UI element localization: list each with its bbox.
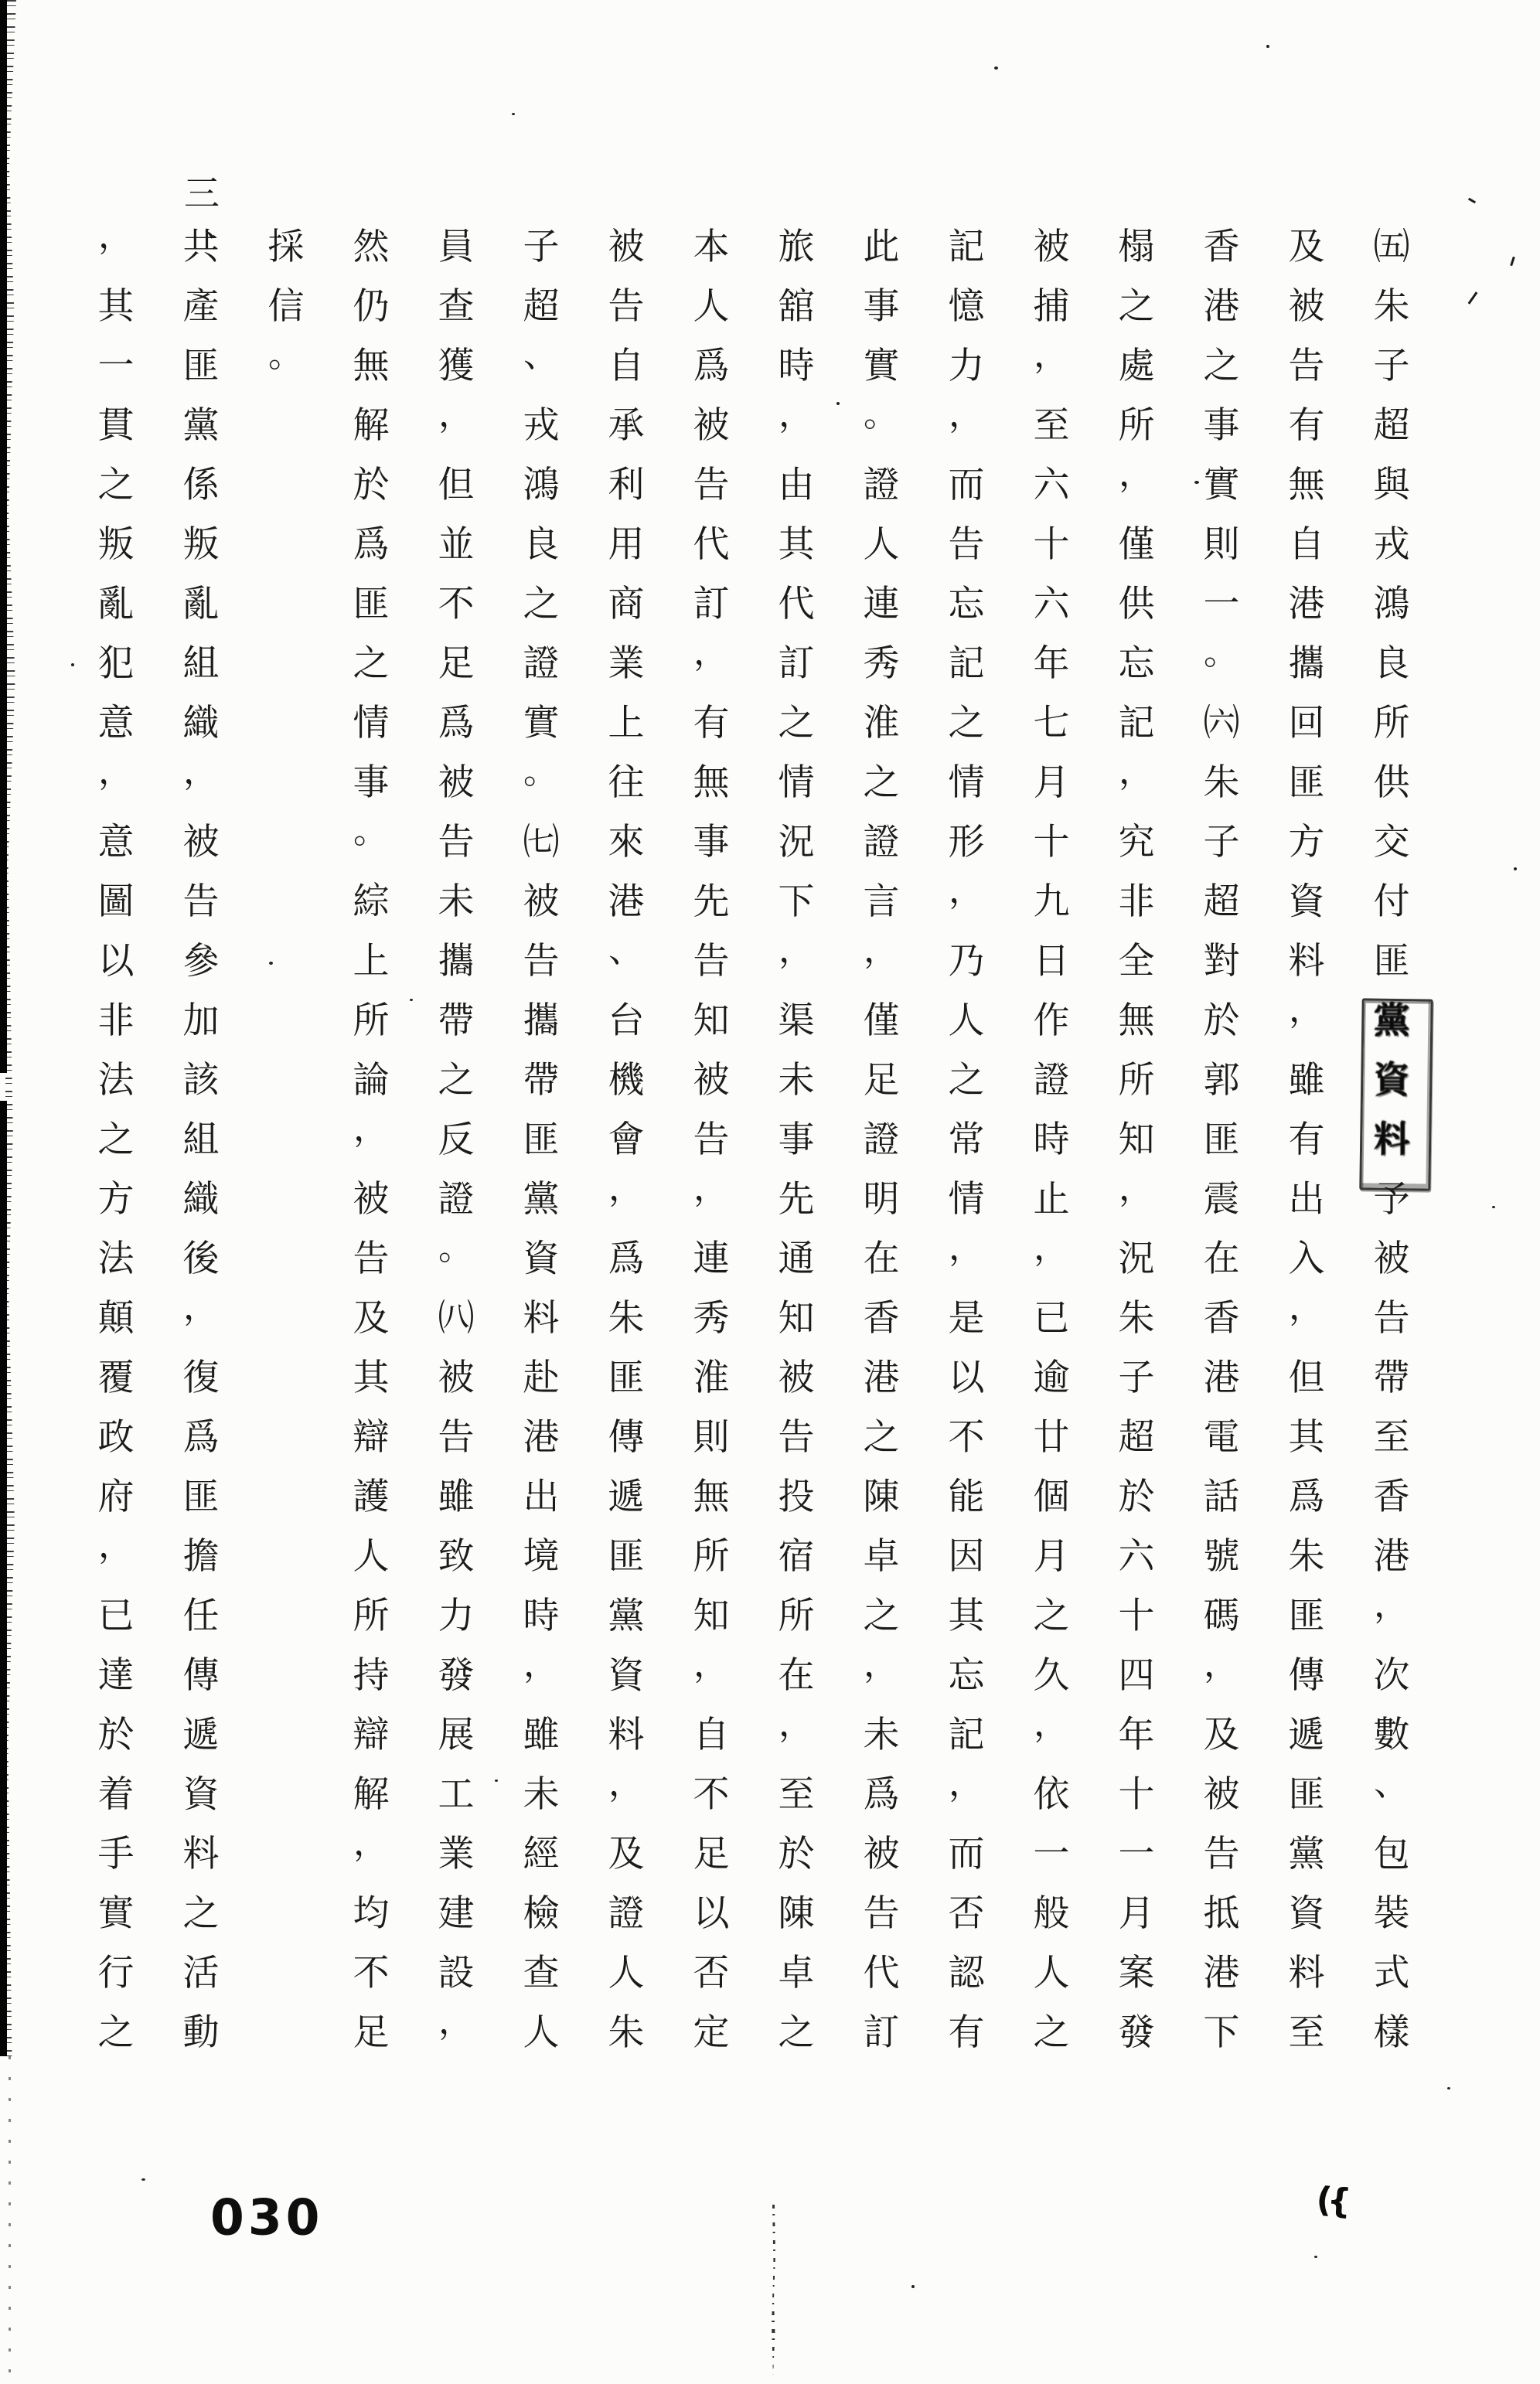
char-cell: 話 <box>1198 1468 1245 1527</box>
char-cell: 有 <box>942 2004 990 2063</box>
char-cell: 反 <box>432 1111 480 1170</box>
char-cell: 仍 <box>347 278 395 337</box>
char-cell: 、 <box>602 932 650 992</box>
char-cell: 之 <box>92 2004 140 2063</box>
char-cell: 法 <box>92 1230 140 1289</box>
char-cell: 料 <box>1368 1111 1416 1170</box>
char-cell: 在 <box>1198 1230 1245 1289</box>
char-cell: 行 <box>92 1944 140 2004</box>
char-cell: 碼 <box>1198 1587 1245 1647</box>
char-cell: 知 <box>1112 1111 1160 1170</box>
char-cell: 港 <box>857 1349 905 1408</box>
char-cell: ， <box>1283 1289 1330 1349</box>
char-cell: 全 <box>1112 932 1160 992</box>
char-cell: 人 <box>1027 1944 1075 2004</box>
char-cell: 而 <box>942 456 990 516</box>
section-number: 三 <box>178 176 226 212</box>
char-cell: 供 <box>1368 754 1416 813</box>
char-cell: 業 <box>602 635 650 694</box>
char-cell: 出 <box>517 1468 565 1527</box>
char-cell: 一 <box>1027 1825 1075 1885</box>
char-cell: 超 <box>1368 397 1416 456</box>
column-9: 本人爲被告代訂，有無事先告知被告，連秀淮則無所知，自不足以否定 <box>687 218 735 2063</box>
char-cell: 言 <box>857 873 905 932</box>
char-cell: 付 <box>1368 873 1416 932</box>
column-2: 及被告有無自港攜回匪方資料，雖有出入，但其爲朱匪傳遞匪黨資料至 <box>1283 218 1330 2063</box>
char-cell: 數 <box>1368 1706 1416 1766</box>
char-cell: 其 <box>1283 1408 1330 1468</box>
char-cell: 於 <box>1112 1468 1160 1527</box>
char-cell: 代 <box>687 516 735 575</box>
char-cell: 與 <box>1368 456 1416 516</box>
char-cell: 告 <box>432 813 480 873</box>
char-cell: 於 <box>347 456 395 516</box>
char-cell: 來 <box>602 813 650 873</box>
char-cell: 有 <box>1283 1111 1330 1170</box>
column-16: ，其一貫之叛亂犯意，意圖以非法之方法顛覆政府，已達於着手實行之 <box>92 218 140 2063</box>
char-cell: 爲 <box>177 1408 225 1468</box>
char-cell: 被 <box>687 397 735 456</box>
char-cell: ， <box>687 635 735 694</box>
char-cell: 帶 <box>1368 1349 1416 1408</box>
char-cell: 圖 <box>92 873 140 932</box>
char-cell: 足 <box>347 2004 395 2063</box>
char-cell: 檢 <box>517 1885 565 1944</box>
char-cell: 由 <box>772 456 820 516</box>
char-cell: 資 <box>177 1766 225 1825</box>
char-cell: 十 <box>1112 1587 1160 1647</box>
char-cell: 。 <box>517 754 565 813</box>
char-cell: 非 <box>92 992 140 1051</box>
char-cell: ， <box>347 1111 395 1170</box>
char-cell: 自 <box>687 1706 735 1766</box>
char-cell: 告 <box>1198 1825 1245 1885</box>
char-cell: ， <box>177 1289 225 1349</box>
char-cell: 告 <box>1283 337 1330 397</box>
char-cell: 商 <box>602 575 650 635</box>
char-cell: 往 <box>602 754 650 813</box>
char-cell: 對 <box>1198 932 1245 992</box>
char-cell: 子 <box>517 218 565 278</box>
char-cell: 因 <box>942 1527 990 1587</box>
char-cell: 下 <box>772 873 820 932</box>
char-cell: 本 <box>687 218 735 278</box>
char-cell: ， <box>1112 754 1160 813</box>
char-cell: ， <box>432 397 480 456</box>
char-cell: 能 <box>942 1468 990 1527</box>
char-cell: ㈦ <box>517 813 565 873</box>
char-cell: 記 <box>1112 694 1160 754</box>
char-cell: 被 <box>772 1349 820 1408</box>
char-cell: 鴻 <box>1368 575 1416 635</box>
speck <box>495 1779 498 1782</box>
char-cell: 論 <box>347 1051 395 1111</box>
char-cell: 明 <box>857 1170 905 1230</box>
char-cell: 告 <box>432 1408 480 1468</box>
char-cell: ㈥ <box>1198 694 1245 754</box>
char-cell: 致 <box>432 1527 480 1587</box>
char-cell: 不 <box>432 575 480 635</box>
char-cell: 查 <box>517 1944 565 2004</box>
char-cell: 及 <box>602 1825 650 1885</box>
char-cell: 採 <box>262 218 310 278</box>
char-cell: 匪 <box>602 1527 650 1587</box>
char-cell: 之 <box>177 1885 225 1944</box>
char-cell: 被 <box>602 218 650 278</box>
char-cell: 朱 <box>602 2004 650 2063</box>
char-cell: 年 <box>1112 1706 1160 1766</box>
char-cell: 足 <box>687 1825 735 1885</box>
char-cell: 下 <box>1198 2004 1245 2063</box>
char-cell: 究 <box>1112 813 1160 873</box>
char-cell: 法 <box>92 1051 140 1111</box>
char-cell: 事 <box>687 813 735 873</box>
char-cell: 之 <box>347 635 395 694</box>
column-5: 被捕，至六十六年七月十九日作證時止，已逾廿個月之久，依一般人之 <box>1027 218 1075 2063</box>
char-cell: 匪 <box>1368 932 1416 992</box>
binding-edge-lower-marks <box>9 2056 11 2384</box>
char-cell: 匪 <box>1283 754 1330 813</box>
char-cell: 被 <box>517 873 565 932</box>
char-cell: 傳 <box>177 1647 225 1706</box>
char-cell: 無 <box>687 1468 735 1527</box>
char-cell: 個 <box>1027 1468 1075 1527</box>
char-cell: 之 <box>432 1051 480 1111</box>
char-cell: 意 <box>92 813 140 873</box>
char-cell: 之 <box>1112 278 1160 337</box>
char-cell: 建 <box>432 1885 480 1944</box>
ink-blot-mark: ({ <box>1314 2180 1365 2237</box>
char-cell: 至 <box>1368 1408 1416 1468</box>
char-cell: 府 <box>92 1468 140 1527</box>
char-cell: 以 <box>687 1885 735 1944</box>
char-cell: 力 <box>942 337 990 397</box>
char-cell: 該 <box>177 1051 225 1111</box>
char-cell: 僅 <box>857 992 905 1051</box>
char-cell: 戎 <box>1368 516 1416 575</box>
speck <box>836 402 840 405</box>
char-cell: 十 <box>1027 516 1075 575</box>
char-cell: 員 <box>432 218 480 278</box>
char-cell: ， <box>857 932 905 992</box>
column-1: ㈤朱子超與戎鴻良所供交付匪黨資料予被告帶至香港，次數、包裝式樣 <box>1368 218 1416 2063</box>
char-cell: 四 <box>1112 1647 1160 1706</box>
char-cell: 之 <box>1027 2004 1075 2063</box>
char-cell: ， <box>687 1170 735 1230</box>
char-cell: 獲 <box>432 337 480 397</box>
char-cell: 九 <box>1027 873 1075 932</box>
char-cell: 覆 <box>92 1349 140 1408</box>
char-cell: 裝 <box>1368 1885 1416 1944</box>
page-number: 030 <box>210 2192 326 2248</box>
char-cell: 否 <box>942 1885 990 1944</box>
char-cell: 之 <box>942 1051 990 1111</box>
binding-edge-fibers <box>5 0 16 2056</box>
char-cell: 之 <box>857 1587 905 1647</box>
char-cell: 訂 <box>857 2004 905 2063</box>
char-cell: 告 <box>177 873 225 932</box>
char-cell: 事 <box>857 278 905 337</box>
char-cell: 無 <box>347 337 395 397</box>
char-cell: ， <box>772 932 820 992</box>
char-cell: 台 <box>602 992 650 1051</box>
char-cell: 樣 <box>1368 2004 1416 2063</box>
char-cell: 意 <box>92 694 140 754</box>
speck <box>410 999 413 1001</box>
char-cell: 產 <box>177 278 225 337</box>
char-cell: 人 <box>517 2004 565 2063</box>
char-cell: 之 <box>857 754 905 813</box>
char-cell: 非 <box>1112 873 1160 932</box>
char-cell: 匪 <box>1198 1111 1245 1170</box>
char-cell: 處 <box>1112 337 1160 397</box>
char-cell: 卓 <box>857 1527 905 1587</box>
char-cell: 代 <box>772 575 820 635</box>
char-cell: 證 <box>1027 1051 1075 1111</box>
column-6: 記憶力，而告忘記之情形，乃人之常情，是以不能因其忘記，而否認有 <box>942 218 990 2063</box>
char-cell: 證 <box>857 456 905 516</box>
char-cell: 之 <box>772 2004 820 2063</box>
char-cell: 知 <box>687 1587 735 1647</box>
char-cell: 港 <box>1198 1349 1245 1408</box>
char-cell: 通 <box>772 1230 820 1289</box>
char-cell: 爲 <box>602 1230 650 1289</box>
char-cell: 匪 <box>347 575 395 635</box>
char-cell: 及 <box>1283 218 1330 278</box>
char-cell: 實 <box>857 337 905 397</box>
char-cell: 包 <box>1368 1825 1416 1885</box>
char-cell: ， <box>942 397 990 456</box>
char-cell: 及 <box>1198 1706 1245 1766</box>
char-cell: 資 <box>517 1230 565 1289</box>
char-cell: 電 <box>1198 1408 1245 1468</box>
char-cell: 遞 <box>177 1706 225 1766</box>
char-cell: 無 <box>687 754 735 813</box>
char-cell: 所 <box>772 1587 820 1647</box>
char-cell: 黨 <box>1368 992 1416 1051</box>
char-cell: 其 <box>92 278 140 337</box>
char-cell: 人 <box>347 1527 395 1587</box>
char-cell: 被 <box>1368 1230 1416 1289</box>
char-cell: 此 <box>857 218 905 278</box>
char-cell: 捕 <box>1027 278 1075 337</box>
char-cell: 交 <box>1368 813 1416 873</box>
char-cell: 情 <box>772 754 820 813</box>
char-cell: 境 <box>517 1527 565 1587</box>
char-cell: 之 <box>1027 1587 1075 1647</box>
char-cell: 雖 <box>517 1706 565 1766</box>
char-cell: 知 <box>772 1289 820 1349</box>
char-cell: 淮 <box>687 1349 735 1408</box>
char-cell: 告 <box>687 932 735 992</box>
char-cell: 人 <box>687 278 735 337</box>
char-cell: 上 <box>602 694 650 754</box>
char-cell: 自 <box>1283 516 1330 575</box>
char-cell: 於 <box>772 1825 820 1885</box>
char-cell: 告 <box>1368 1289 1416 1349</box>
char-cell: 人 <box>602 1944 650 2004</box>
char-cell: 擔 <box>177 1527 225 1587</box>
speck <box>512 113 515 115</box>
char-cell: 黨 <box>517 1170 565 1230</box>
char-cell: 經 <box>517 1825 565 1885</box>
char-cell: 辯 <box>347 1408 395 1468</box>
char-cell: 忘 <box>942 1647 990 1706</box>
char-cell: 着 <box>92 1766 140 1825</box>
char-cell: 被 <box>1027 218 1075 278</box>
char-cell: 匪 <box>1283 1766 1330 1825</box>
char-cell: 被 <box>1198 1766 1245 1825</box>
char-cell: 有 <box>687 694 735 754</box>
char-cell: 予 <box>1368 1170 1416 1230</box>
char-cell: 時 <box>517 1587 565 1647</box>
char-cell: 被 <box>1283 278 1330 337</box>
char-cell: 鴻 <box>517 456 565 516</box>
char-cell: 組 <box>177 1111 225 1170</box>
char-cell: 被 <box>432 1349 480 1408</box>
speck <box>994 66 998 70</box>
char-cell: 犯 <box>92 635 140 694</box>
stray-mark <box>1468 198 1476 204</box>
char-cell: 香 <box>1198 1289 1245 1349</box>
char-cell: ， <box>92 218 140 278</box>
char-cell: 證 <box>857 813 905 873</box>
char-cell: 震 <box>1198 1170 1245 1230</box>
char-cell: ㈤ <box>1368 218 1416 278</box>
char-cell: 係 <box>177 456 225 516</box>
column-15: 共產匪黨係叛亂組織，被告參加該組織後，復爲匪擔任傳遞資料之活動 <box>177 218 225 2063</box>
char-cell: ， <box>942 1230 990 1289</box>
char-cell: 發 <box>432 1647 480 1706</box>
char-cell: 香 <box>1368 1468 1416 1527</box>
char-cell: 香 <box>857 1289 905 1349</box>
column-12: 員查獲，但並不足爲被告未攜帶之反證。㈧被告雖致力發展工業建設， <box>432 218 480 2063</box>
speck <box>1447 2087 1450 2089</box>
char-cell: ， <box>432 2004 480 2063</box>
char-cell: 時 <box>772 337 820 397</box>
char-cell: 榻 <box>1112 218 1160 278</box>
char-cell: 事 <box>347 754 395 813</box>
char-cell: ， <box>1027 337 1075 397</box>
char-cell: 織 <box>177 1170 225 1230</box>
char-cell: ， <box>1198 1647 1245 1706</box>
char-cell: 於 <box>92 1706 140 1766</box>
char-cell: 。 <box>262 337 310 397</box>
char-cell: 淮 <box>857 694 905 754</box>
char-cell: ， <box>772 1706 820 1766</box>
char-cell: 用 <box>602 516 650 575</box>
char-cell: 十 <box>1027 813 1075 873</box>
speck <box>1492 1206 1495 1208</box>
char-cell: 證 <box>432 1170 480 1230</box>
char-cell: 於 <box>1198 992 1245 1051</box>
stray-mark <box>1510 257 1515 266</box>
char-cell: ， <box>1112 1170 1160 1230</box>
char-cell: ， <box>177 754 225 813</box>
char-cell: 超 <box>1112 1408 1160 1468</box>
char-cell: 不 <box>687 1766 735 1825</box>
char-cell: 利 <box>602 456 650 516</box>
char-cell: 在 <box>857 1230 905 1289</box>
char-cell: 朱 <box>1112 1289 1160 1349</box>
char-cell: 港 <box>1198 278 1245 337</box>
char-cell: 年 <box>1027 635 1075 694</box>
char-cell: 。 <box>1198 635 1245 694</box>
char-cell: 叛 <box>92 516 140 575</box>
char-cell: 超 <box>517 278 565 337</box>
char-cell: 料 <box>602 1706 650 1766</box>
column-13: 然仍無解於爲匪之情事。綜上所論，被告及其辯護人所持辯解，均不足 <box>347 218 395 2063</box>
char-cell: 雖 <box>432 1468 480 1527</box>
char-cell: 久 <box>1027 1647 1075 1706</box>
char-cell: 亂 <box>177 575 225 635</box>
speck <box>71 663 74 666</box>
char-cell: 其 <box>772 516 820 575</box>
char-cell: 其 <box>347 1349 395 1408</box>
char-cell: 。 <box>857 397 905 456</box>
char-cell: 足 <box>432 635 480 694</box>
char-cell: 但 <box>1283 1349 1330 1408</box>
char-cell: 未 <box>857 1706 905 1766</box>
char-cell: 知 <box>687 992 735 1051</box>
char-cell: 然 <box>347 218 395 278</box>
char-cell: ， <box>1283 992 1330 1051</box>
char-cell: 已 <box>92 1587 140 1647</box>
char-cell: 黨 <box>1283 1825 1330 1885</box>
char-cell: 傳 <box>602 1408 650 1468</box>
char-cell: 港 <box>517 1408 565 1468</box>
char-cell: 港 <box>602 873 650 932</box>
char-cell: 實 <box>92 1885 140 1944</box>
char-cell: 月 <box>1027 754 1075 813</box>
char-cell: 方 <box>1283 813 1330 873</box>
char-cell: 以 <box>92 932 140 992</box>
char-cell: 。 <box>347 813 395 873</box>
char-cell: 資 <box>1368 1051 1416 1111</box>
char-cell: 情 <box>347 694 395 754</box>
char-cell: 廿 <box>1027 1408 1075 1468</box>
char-cell: 七 <box>1027 694 1075 754</box>
char-cell: 戎 <box>517 397 565 456</box>
char-cell: 、 <box>517 337 565 397</box>
char-cell: 機 <box>602 1051 650 1111</box>
char-cell: 帶 <box>517 1051 565 1111</box>
char-cell: 組 <box>177 635 225 694</box>
char-cell: 攜 <box>1283 635 1330 694</box>
char-cell: 朱 <box>1198 754 1245 813</box>
char-cell: 出 <box>1283 1170 1330 1230</box>
char-cell: 織 <box>177 694 225 754</box>
char-cell: 會 <box>602 1111 650 1170</box>
char-cell: 月 <box>1027 1527 1075 1587</box>
char-cell: 港 <box>1283 575 1330 635</box>
char-cell: ， <box>942 1766 990 1825</box>
char-cell: 料 <box>1283 1944 1330 2004</box>
char-cell: 人 <box>942 992 990 1051</box>
char-cell: 抵 <box>1198 1885 1245 1944</box>
char-cell: 形 <box>942 813 990 873</box>
char-cell: 叛 <box>177 516 225 575</box>
char-cell: 加 <box>177 992 225 1051</box>
char-cell: ， <box>1027 1706 1075 1766</box>
char-cell: 足 <box>857 1051 905 1111</box>
char-cell: 一 <box>1112 1825 1160 1885</box>
char-cell: 情 <box>942 1170 990 1230</box>
speck <box>911 2285 915 2288</box>
char-cell: 港 <box>1368 1527 1416 1587</box>
char-cell: 貫 <box>92 397 140 456</box>
char-cell: 信 <box>262 278 310 337</box>
